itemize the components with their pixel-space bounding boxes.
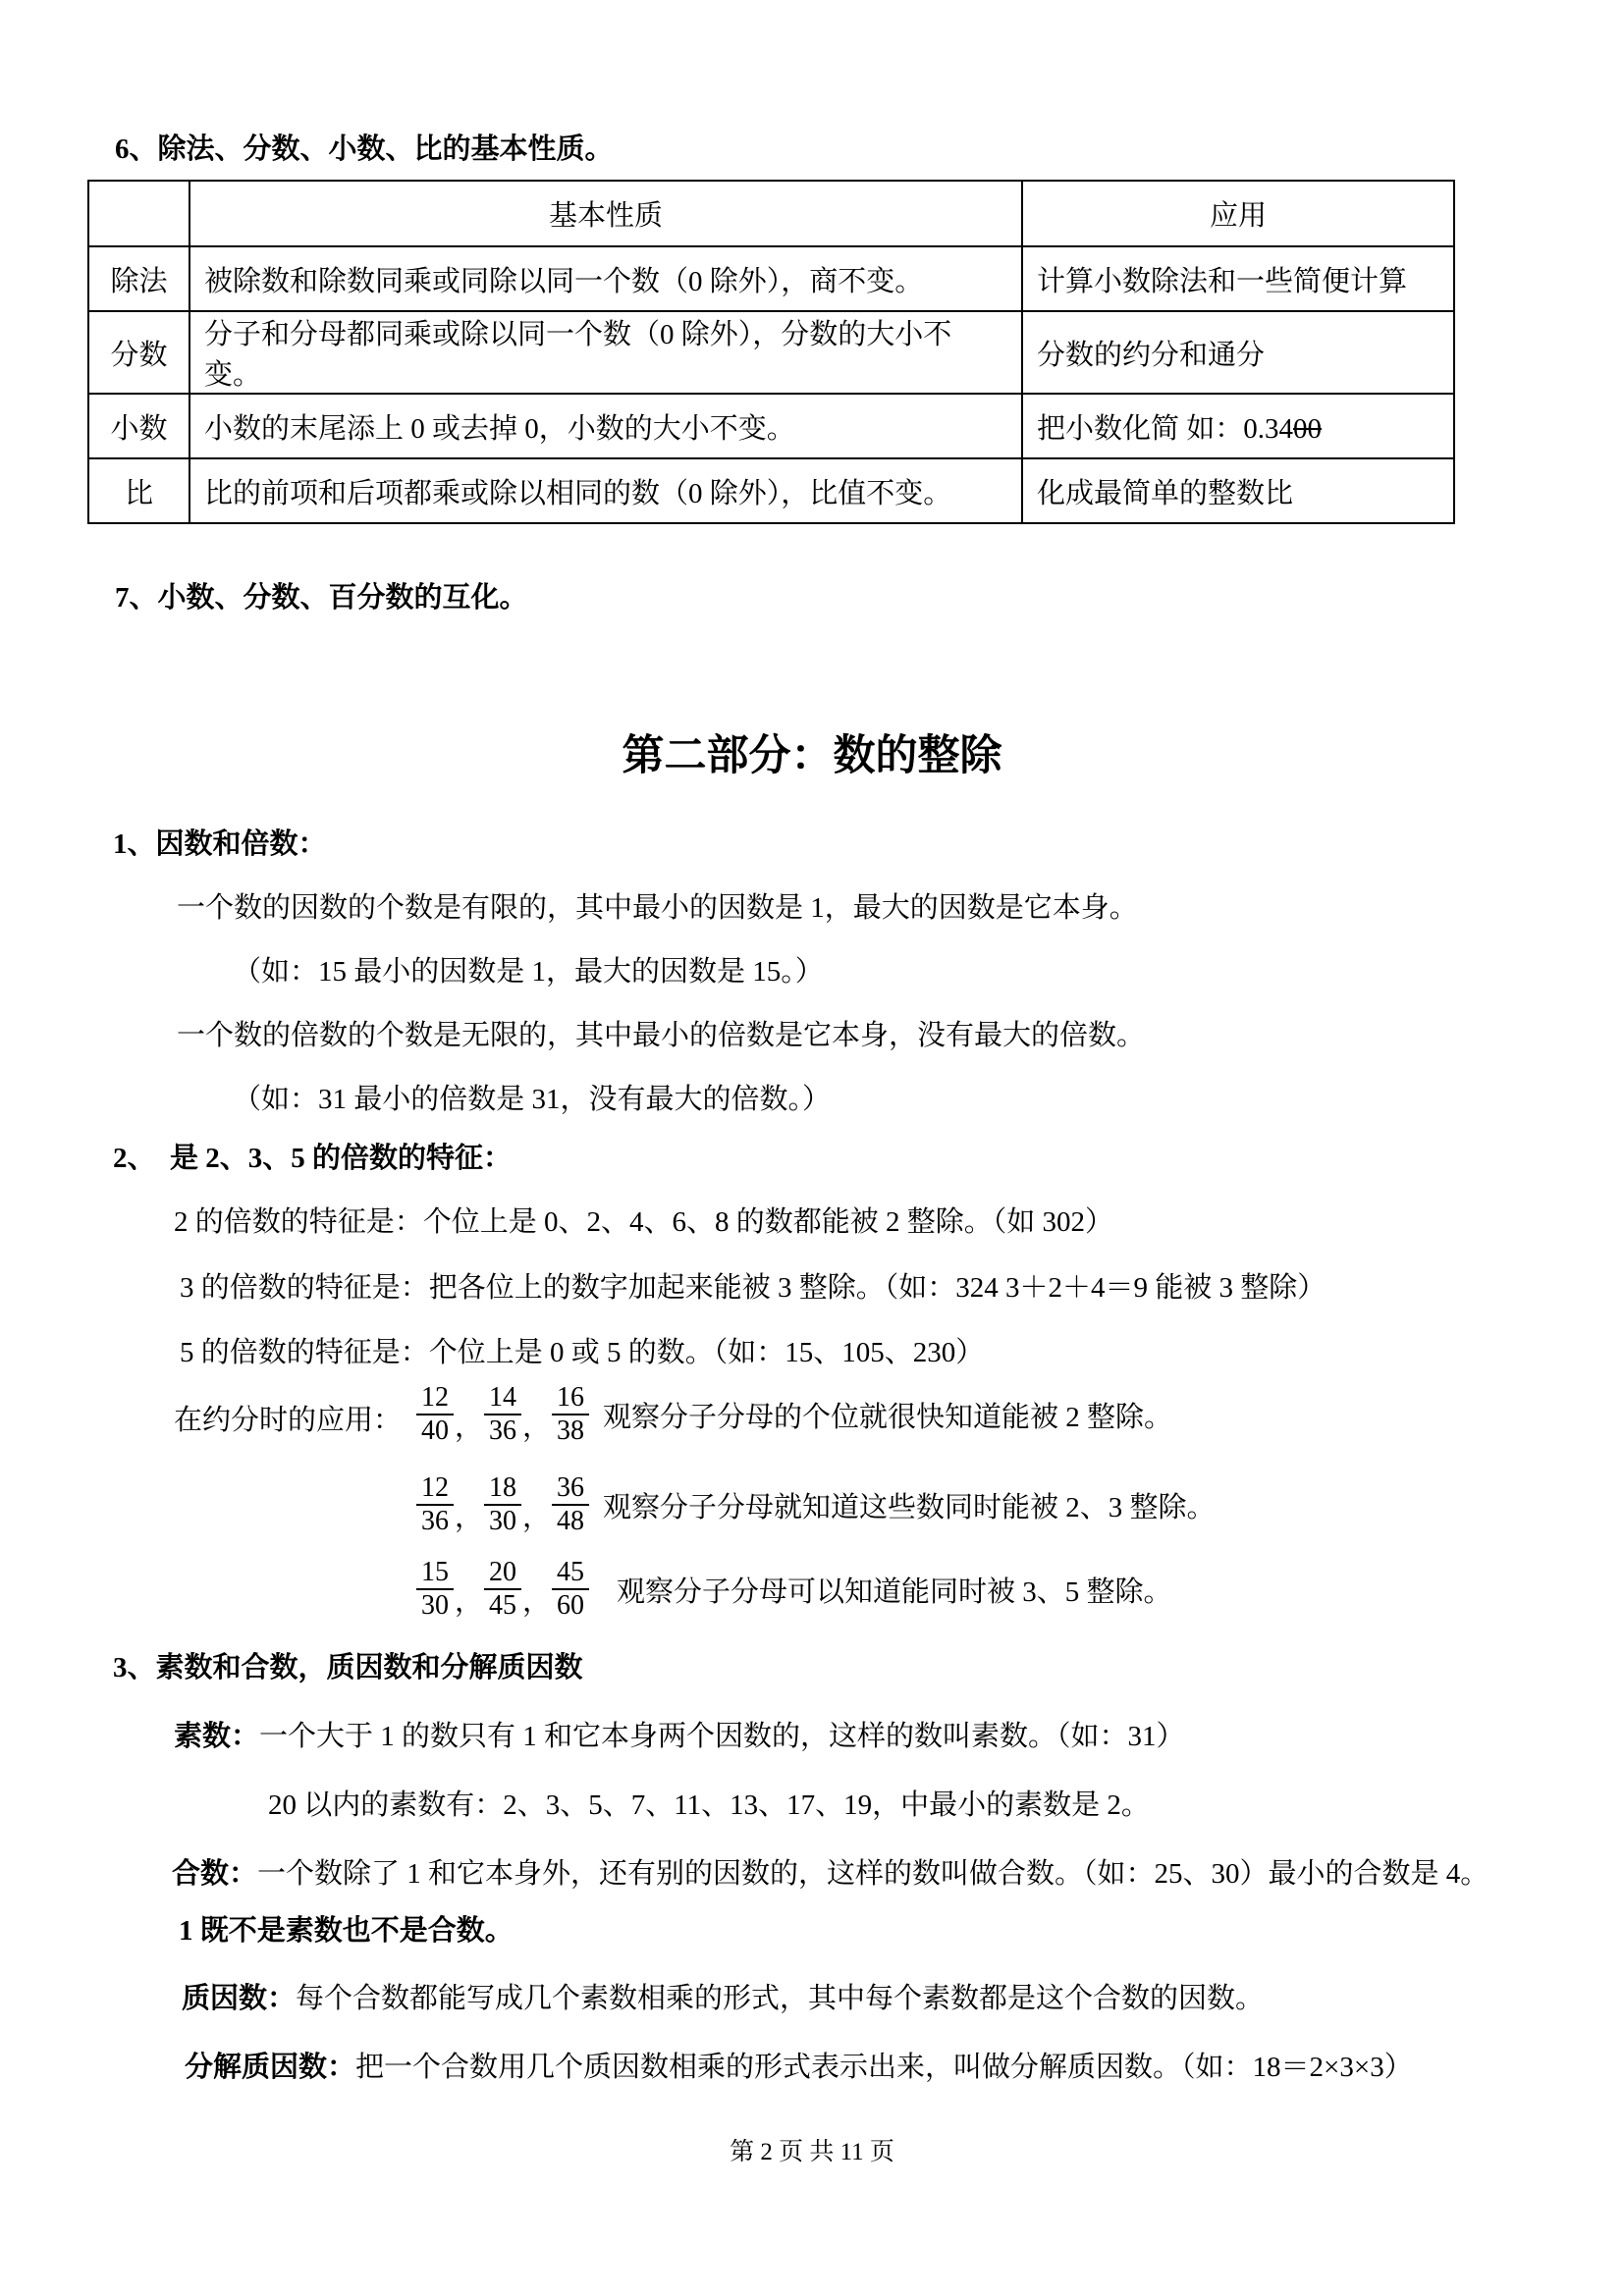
row-property: 小数的末尾添上 0 或去掉 0，小数的大小不变。: [189, 394, 1022, 458]
fraction: 4560: [552, 1557, 589, 1622]
s2-line-mult5: 5 的倍数的特征是：个位上是 0 或 5 的数。（如：15、105、230）: [180, 1336, 984, 1370]
part2-title: 第二部分：数的整除: [0, 731, 1624, 782]
table-row-division: 除法 被除数和除数同乘或同除以同一个数（0 除外），商不变。 计算小数除法和一些…: [88, 246, 1454, 311]
factorize-label: 分解质因数：: [185, 2052, 355, 2083]
fraction: 1436: [484, 1382, 521, 1447]
fraction-numerator: 45: [552, 1557, 589, 1588]
fraction-separator: ，: [455, 1579, 483, 1620]
fraction-numerator: 12: [416, 1472, 454, 1504]
row-property: 被除数和除数同乘或同除以同一个数（0 除外），商不变。: [189, 246, 1022, 311]
factorize-text: 把一个合数用几个质因数相乘的形式表示出来，叫做分解质因数。（如：18＝2×3×3…: [355, 2052, 1413, 2083]
fraction-numerator: 12: [416, 1382, 454, 1414]
composite-label: 合数：: [172, 1858, 257, 1890]
s2-line-mult3: 3 的倍数的特征是：把各位上的数字加起来能被 3 整除。（如：324 3＋2＋4…: [180, 1271, 1326, 1306]
fraction-numerator: 14: [484, 1382, 521, 1414]
fraction-numerator: 36: [552, 1472, 589, 1504]
fraction: 1638: [552, 1382, 589, 1447]
reduction-note: 观察分子分母的个位就很快知道能被 2 整除。: [603, 1395, 1172, 1435]
s1-line-multiples-example: （如：31 最小的倍数是 31，没有最大的倍数。）: [233, 1083, 831, 1117]
table-row-fraction: 分数 分子和分母都同乘或除以同一个数（0 除外），分数的大小不变。 分数的约分和…: [88, 311, 1454, 394]
fraction-denominator: 30: [484, 1504, 521, 1537]
table-header-property: 基本性质: [189, 181, 1022, 246]
fraction-separator: ，: [455, 1495, 483, 1535]
decimal-application-prefix: 把小数化简 如：0.34: [1037, 413, 1293, 445]
s3-prime-line: 素数：一个大于 1 的数只有 1 和它本身两个因数的，这样的数叫素数。（如：31…: [174, 1720, 1185, 1754]
s3-heading: 3、素数和合数，质因数和分解质因数: [113, 1651, 583, 1685]
fraction-denominator: 40: [416, 1414, 454, 1447]
s3-prime-factor-line: 质因数：每个合数都能写成几个素数相乘的形式，其中每个素数都是这个合数的因数。: [182, 1982, 1264, 2016]
row-application: 分数的约分和通分: [1022, 311, 1454, 394]
fraction-denominator: 60: [552, 1588, 589, 1622]
prime-text: 一个大于 1 的数只有 1 和它本身两个因数的，这样的数叫素数。（如：31）: [259, 1721, 1185, 1752]
row-application: 化成最简单的整数比: [1022, 458, 1454, 523]
s1-line-factors-example: （如：15 最小的因数是 1，最大的因数是 15。）: [233, 955, 824, 989]
row-application: 计算小数除法和一些简便计算: [1022, 246, 1454, 311]
s3-factorize-line: 分解质因数：把一个合数用几个质因数相乘的形式表示出来，叫做分解质因数。（如：18…: [185, 2051, 1413, 2085]
fraction-denominator: 36: [484, 1414, 521, 1447]
fraction-separator: ，: [455, 1405, 483, 1445]
document-page: 6、除法、分数、小数、比的基本性质。 基本性质 应用 除法 被除数和除数同乘或同…: [0, 0, 1624, 2296]
row-label: 小数: [88, 394, 189, 458]
fraction-separator: ，: [522, 1579, 551, 1620]
reduction-note: 观察分子分母就知道这些数同时能被 2、3 整除。: [603, 1485, 1216, 1525]
fraction-numerator: 16: [552, 1382, 589, 1414]
reduction-intro: 在约分时的应用：: [174, 1404, 402, 1438]
fraction-separator: ，: [522, 1495, 551, 1535]
table-row-ratio: 比 比的前项和后项都乘或除以相同的数（0 除外），比值不变。 化成最简单的整数比: [88, 458, 1454, 523]
fraction-numerator: 15: [416, 1557, 454, 1588]
reduction-row-1: 1240 ， 1436 ， 1638 观察分子分母的个位就很快知道能被 2 整除…: [416, 1382, 1172, 1447]
page-footer: 第 2 页 共 11 页: [0, 2138, 1624, 2167]
s3-neither-line: 1 既不是素数也不是合数。: [179, 1914, 514, 1949]
reduction-row-2: 1236 ， 1830 ， 3648 观察分子分母就知道这些数同时能被 2、3 …: [416, 1472, 1216, 1537]
s1-heading: 1、因数和倍数：: [113, 828, 327, 862]
prime-label: 素数：: [174, 1721, 259, 1752]
fraction-denominator: 48: [552, 1504, 589, 1537]
fraction: 1240: [416, 1382, 454, 1447]
fraction-denominator: 38: [552, 1414, 589, 1447]
table-row-decimal: 小数 小数的末尾添上 0 或去掉 0，小数的大小不变。 把小数化简 如：0.34…: [88, 394, 1454, 458]
fraction: 1830: [484, 1472, 521, 1537]
row-label: 除法: [88, 246, 189, 311]
reduction-row-3: 1530 ， 2045 ， 4560 观察分子分母可以知道能同时被 3、5 整除…: [416, 1557, 1172, 1622]
s1-line-multiples: 一个数的倍数的个数是无限的，其中最小的倍数是它本身，没有最大的倍数。: [177, 1019, 1145, 1053]
fraction-denominator: 36: [416, 1504, 454, 1537]
fraction: 1236: [416, 1472, 454, 1537]
row-property: 分子和分母都同乘或除以同一个数（0 除外），分数的大小不变。: [189, 311, 1022, 394]
reduction-note: 观察分子分母可以知道能同时被 3、5 整除。: [617, 1570, 1172, 1610]
prime-factor-text: 每个合数都能写成几个素数相乘的形式，其中每个素数都是这个合数的因数。: [296, 1983, 1264, 2014]
row-property: 比的前项和后项都乘或除以相同的数（0 除外），比值不变。: [189, 458, 1022, 523]
s2-heading: 2、 是 2、3、5 的倍数的特征：: [113, 1142, 512, 1176]
fraction: 2045: [484, 1557, 521, 1622]
fraction-separator: ，: [522, 1405, 551, 1445]
row-label: 分数: [88, 311, 189, 394]
table-header-application: 应用: [1022, 181, 1454, 246]
fraction: 1530: [416, 1557, 454, 1622]
properties-table: 基本性质 应用 除法 被除数和除数同乘或同除以同一个数（0 除外），商不变。 计…: [87, 180, 1455, 524]
fraction-denominator: 45: [484, 1588, 521, 1622]
s1-line-factors: 一个数的因数的个数是有限的，其中最小的因数是 1，最大的因数是它本身。: [177, 891, 1138, 926]
s3-composite-line: 合数：一个数除了 1 和它本身外，还有别的因数的，这样的数叫做合数。（如：25、…: [172, 1857, 1489, 1892]
section6-heading: 6、除法、分数、小数、比的基本性质。: [115, 133, 614, 167]
decimal-application-struck-zeros: 00: [1293, 413, 1322, 445]
row-label: 比: [88, 458, 189, 523]
table-header-empty-cell: [88, 181, 189, 246]
prime-factor-label: 质因数：: [182, 1983, 296, 2014]
fraction-numerator: 20: [484, 1557, 521, 1588]
s2-line-mult2: 2 的倍数的特征是：个位上是 0、2、4、6、8 的数都能被 2 整除。（如 3…: [174, 1205, 1113, 1240]
table-header-row: 基本性质 应用: [88, 181, 1454, 246]
fraction-denominator: 30: [416, 1588, 454, 1622]
composite-text: 一个数除了 1 和它本身外，还有别的因数的，这样的数叫做合数。（如：25、30）…: [257, 1858, 1489, 1890]
fraction-numerator: 18: [484, 1472, 521, 1504]
s3-prime-list-line: 20 以内的素数有：2、3、5、7、11、13、17、19，中最小的素数是 2。: [268, 1789, 1150, 1823]
fraction: 3648: [552, 1472, 589, 1537]
section7-heading: 7、小数、分数、百分数的互化。: [115, 581, 528, 615]
row-application: 把小数化简 如：0.3400: [1022, 394, 1454, 458]
